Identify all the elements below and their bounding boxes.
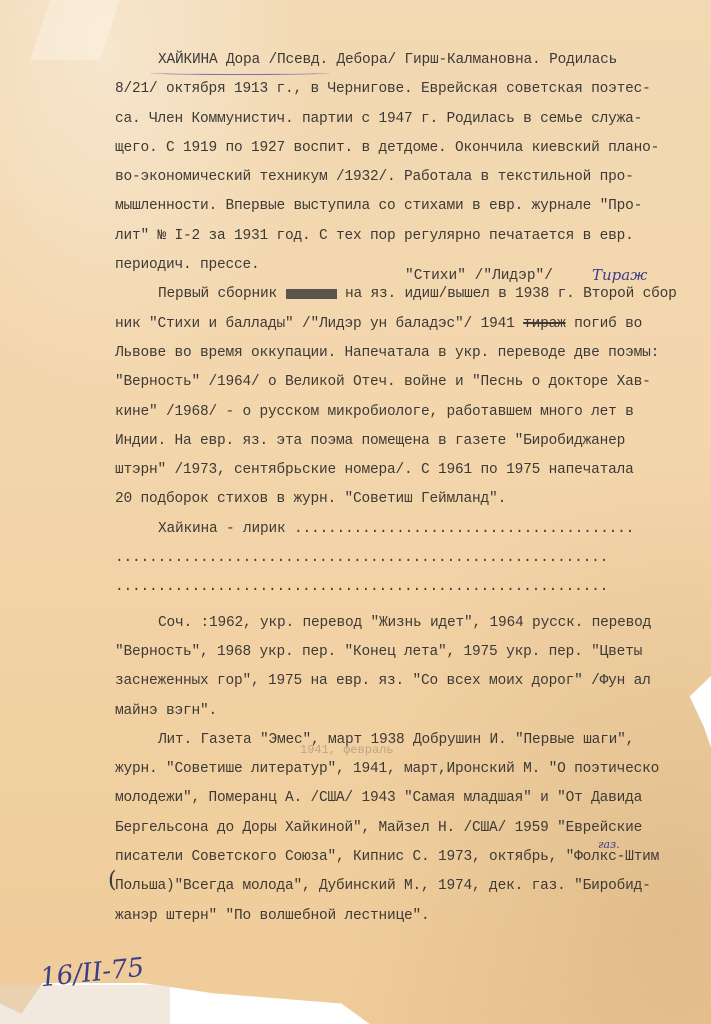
text-line: писатели Советского Союза", Кипнис С. 19… (115, 843, 711, 872)
handwritten-insert: Тираж (592, 266, 647, 284)
text-line: Индии. На евр. яз. эта поэма помещена в … (115, 427, 711, 456)
text-line: штэрн" /1973, сентябрьские номера/. С 19… (115, 456, 711, 485)
open-bracket-mark: ( (108, 868, 117, 893)
text-fragment: погиб во (566, 316, 643, 332)
heading-line: ХАЙКИНА Дора /Псевд. Дебора/ Гирш-Калман… (115, 46, 711, 75)
text-line: Соч. :1962, укр. перевод "Жизнь идет", 1… (115, 609, 711, 638)
text-line: "Верность" /1964/ о Великой Отеч. войне … (115, 368, 711, 397)
text-line: Польша)"Всегда молода", Дубинский М., 19… (115, 872, 711, 901)
text-line: Львове во время оккупации. Напечатала в … (115, 339, 711, 368)
tape-strip-top (30, 0, 119, 60)
typed-insert-title: "Стихи" /"Лидэр"/ (405, 268, 553, 284)
text-fragment: ник "Стихи и баллады" /"Лидэр ун баладэс… (115, 316, 481, 332)
text-line: 20 подборок стихов в журн. "Советиш Гейм… (115, 485, 711, 514)
text-fragment: Первый сборник (158, 286, 286, 302)
text-line: са. Член Коммунистич. партии с 1947 г. Р… (115, 105, 711, 134)
dotted-leader: ........................................… (115, 573, 711, 602)
handwritten-note: газ. (598, 838, 620, 851)
text-line: Лит. Газета "Эмес", март 1938 Добрушин И… (115, 726, 711, 755)
text-line-first-collection: Первый сборник стихов на яз. идиш/вышел … (115, 280, 711, 309)
text-line: кине" /1968/ - о русском микробиологе, р… (115, 398, 711, 427)
text-fragment: на яз. идиш/вышел в 1938 г. Второй сбор (337, 286, 677, 302)
faded-bleedthrough-text: 1941, февраль (300, 743, 394, 757)
text-line: щего. С 1919 по 1927 воспит. в детдоме. … (115, 134, 711, 163)
text-line: жанэр штерн" "По волшебной лестнице". (115, 902, 711, 931)
text-line: мышленности. Впервые выступила со стихам… (115, 192, 711, 221)
lyric-label: Хайкина - лирик (158, 521, 286, 537)
text-line: 8/21/ октября 1913 г., в Чернигове. Евре… (115, 75, 711, 104)
text-line: "Верность", 1968 укр. пер. "Конец лета",… (115, 638, 711, 667)
text-line: майнэ вэгн". (115, 697, 711, 726)
year-circled: 1941 (481, 316, 515, 332)
dotted-leader: ........................................… (115, 544, 711, 573)
text-line: журн. "Советише литератур", 1941, март,И… (115, 755, 711, 784)
struck-word: тираж (523, 316, 566, 332)
redacted-word: стихов (286, 289, 337, 299)
text-line: заснеженных гор", 1975 на евр. яз. "Со в… (115, 667, 711, 696)
text-line: лит" № I-2 за 1931 год. С тех пор регуля… (115, 222, 711, 251)
text-line: во-экономический техникум /1932/. Работа… (115, 163, 711, 192)
text-line-second-collection: ник "Стихи и баллады" /"Лидэр ун баладэс… (115, 310, 711, 339)
typed-biography: ХАЙКИНА Дора /Псевд. Дебора/ Гирш-Калман… (115, 46, 711, 931)
text-line: Бергельсона до Доры Хайкиной", Майзел Н.… (115, 814, 711, 843)
text-line: молодежи", Померанц А. /США/ 1943 "Самая… (115, 784, 711, 813)
dotted-leader: ........................................ (294, 521, 634, 537)
tape-strip-bottom (0, 985, 170, 1024)
lyric-line: Хайкина - лирик ........................… (115, 515, 711, 544)
